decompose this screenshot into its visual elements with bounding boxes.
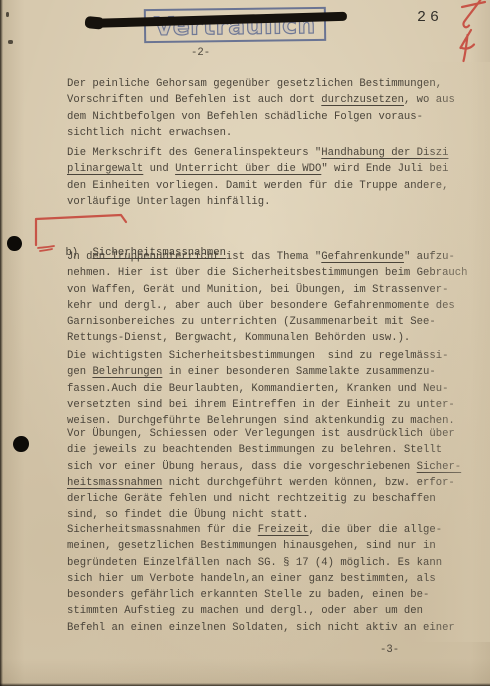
text-segment: Die wichtigsten Sicherheitsbestimmungen … xyxy=(67,350,448,362)
text-line: sich vor einer Übung heraus, dass die vo… xyxy=(67,459,490,475)
ink-speck xyxy=(6,12,9,17)
text-line: Sicherheitsmassnahmen für die Freizeit, … xyxy=(67,522,490,538)
red-pen-mark-6-cross xyxy=(462,2,485,7)
page-marker-top: -2- xyxy=(191,47,210,59)
ink-speck xyxy=(8,40,13,44)
text-line: Die wichtigsten Sicherheitsbestimmungen … xyxy=(67,348,490,364)
text-line: die jeweils zu beachtenden Bestimmungen … xyxy=(67,442,490,458)
text-segment: Garnisonbereiches zu unterrichten (Zusam… xyxy=(67,316,436,328)
text-segment: gen xyxy=(67,366,92,378)
text-line: derliche Geräte fehlen und nicht rechtze… xyxy=(67,491,490,507)
underlined-text: Unterricht über die WDO xyxy=(175,163,321,175)
text-segment: , die über die allge- xyxy=(309,524,443,536)
text-line: von Waffen, Gerät und Munition, bei Übun… xyxy=(67,282,490,298)
text-line: meinen, gesetzlichen Bestimmungen hinaus… xyxy=(67,538,490,554)
text-line: dem Nichtbefolgen von Befehlen schädlich… xyxy=(67,109,490,125)
text-line: heitsmassnahmen nicht durchgeführt werde… xyxy=(67,475,490,491)
text-line: besonders gefährlich erkannten Stelle zu… xyxy=(67,587,490,603)
text-segment: dem Nichtbefolgen von Befehlen schädlich… xyxy=(67,111,423,123)
text-segment: Befehl an einen einzelnen Soldaten, sich… xyxy=(67,622,455,634)
underlined-text: Gefahrenkunde xyxy=(321,251,404,263)
text-segment: Jn den Truppenunterricht ist das Thema " xyxy=(67,251,321,263)
text-line: versetzten sind bei ihrem Eintreffen in … xyxy=(67,397,490,413)
text-segment: kehr und dergl., aber auch über besonder… xyxy=(67,300,455,312)
paragraph: Die Merkschrift des Generalinspekteurs "… xyxy=(67,145,490,210)
text-segment: sichtlich nicht erwachsen. xyxy=(67,127,232,139)
text-segment: , wo aus xyxy=(404,94,455,106)
paper-edge-shadow-left xyxy=(0,0,3,686)
red-pen-mark-6 xyxy=(463,0,481,27)
text-line: Befehl an einen einzelnen Soldaten, sich… xyxy=(67,620,490,636)
underlined-text: Sicher- xyxy=(417,461,462,473)
text-line: Garnisonbereiches zu unterrichten (Zusam… xyxy=(67,314,490,330)
text-line: Vor Übungen, Schiessen oder Verlegungen … xyxy=(67,426,490,442)
text-line: fassen.Auch die Beurlaubten, Kommandiert… xyxy=(67,381,490,397)
text-segment: vorläufige Unterlagen hinfällig. xyxy=(67,196,270,208)
text-line: plinargewalt und Unterricht über die WDO… xyxy=(67,161,490,177)
text-segment: Die Merkschrift des Generalinspekteurs " xyxy=(67,147,321,159)
text-segment: von Waffen, Gerät und Munition, bei Übun… xyxy=(67,284,448,296)
underlined-text: heitsmassnahmen xyxy=(67,477,162,489)
text-segment: nicht durchgeführt werden können, bzw. e… xyxy=(162,477,454,489)
text-line: den Einheiten vorliegen. Damit werden fü… xyxy=(67,178,490,194)
underlined-text: Handhabung der Diszi xyxy=(321,147,448,159)
underlined-text: durchzusetzen xyxy=(321,94,404,106)
underlined-text: Belehrungen xyxy=(92,366,162,378)
page-number: 26 xyxy=(417,9,443,26)
text-segment: stimmten Aufstieg zu machen und dergl., … xyxy=(67,605,423,617)
text-line: begründeten Einzelfällen nach SG. § 17 (… xyxy=(67,555,490,571)
text-segment: Der peinliche Gehorsam gegenüber gesetzl… xyxy=(67,78,442,90)
text-segment: begründeten Einzelfällen nach SG. § 17 (… xyxy=(67,557,442,569)
text-segment: und xyxy=(143,163,175,175)
hole-punch-mark xyxy=(7,236,22,251)
text-segment: derliche Geräte fehlen und nicht rechtze… xyxy=(67,493,436,505)
text-line: sich hier um Verbote handeln,an einer ga… xyxy=(67,571,490,587)
underlined-text: Freizeit xyxy=(258,524,309,536)
paragraph: Der peinliche Gehorsam gegenüber gesetzl… xyxy=(67,76,490,141)
text-segment: sind, so findet die Übung nicht statt. xyxy=(67,509,309,521)
text-segment: besonders gefährlich erkannten Stelle zu… xyxy=(67,589,429,601)
hole-punch-mark xyxy=(13,436,29,452)
text-segment: den Einheiten vorliegen. Damit werden fü… xyxy=(67,180,448,192)
text-segment: meinen, gesetzlichen Bestimmungen hinaus… xyxy=(67,540,436,552)
text-segment: " wird Ende Juli bei xyxy=(321,163,448,175)
text-line: Rettungs-Dienst, Bergwacht, Kommunalen B… xyxy=(67,330,490,346)
text-segment: Sicherheitsmassnahmen für die xyxy=(67,524,258,536)
page-marker-bottom: -3- xyxy=(380,644,399,656)
text-line: Jn den Truppenunterricht ist das Thema "… xyxy=(67,249,490,265)
text-line: vorläufige Unterlagen hinfällig. xyxy=(67,194,490,210)
text-segment: sich vor einer Übung heraus, dass die vo… xyxy=(67,461,417,473)
paragraph: Sicherheitsmassnahmen für die Freizeit, … xyxy=(67,522,490,636)
text-segment: sich hier um Verbote handeln,an einer ga… xyxy=(67,573,436,585)
text-line: Vorschriften und Befehlen ist auch dort … xyxy=(67,92,490,108)
text-line: nehmen. Hier ist über die Sicherheitsbes… xyxy=(67,265,490,281)
text-line: sichtlich nicht erwachsen. xyxy=(67,125,490,141)
text-line: Die Merkschrift des Generalinspekteurs "… xyxy=(67,145,490,161)
text-segment: nehmen. Hier ist über die Sicherheitsbes… xyxy=(67,267,468,279)
text-segment: Vorschriften und Befehlen ist auch dort xyxy=(67,94,321,106)
underlined-text: plinargewalt xyxy=(67,163,143,175)
document-page: Vertraulich 26 -2- Der peinliche Gehorsa… xyxy=(0,0,490,686)
paragraph: Vor Übungen, Schiessen oder Verlegungen … xyxy=(67,426,490,524)
text-segment: in einer besonderen Sammelakte zusammenz… xyxy=(162,366,435,378)
text-segment: Vor Übungen, Schiessen oder Verlegungen … xyxy=(67,428,455,440)
text-line: Der peinliche Gehorsam gegenüber gesetzl… xyxy=(67,76,490,92)
text-segment: die jeweils zu beachtenden Bestimmungen … xyxy=(67,444,442,456)
text-segment: Rettungs-Dienst, Bergwacht, Kommunalen B… xyxy=(67,332,410,344)
paragraph: Die wichtigsten Sicherheitsbestimmungen … xyxy=(67,348,490,429)
text-segment: fassen.Auch die Beurlaubten, Kommandiert… xyxy=(67,383,448,395)
text-segment: versetzten sind bei ihrem Eintreffen in … xyxy=(67,399,455,411)
paragraph: Jn den Truppenunterricht ist das Thema "… xyxy=(67,249,490,347)
text-line: stimmten Aufstieg zu machen und dergl., … xyxy=(67,603,490,619)
text-segment: " aufzu- xyxy=(404,251,455,263)
text-line: gen Belehrungen in einer besonderen Samm… xyxy=(67,364,490,380)
text-line: kehr und dergl., aber auch über besonder… xyxy=(67,298,490,314)
red-pen-mark-4 xyxy=(461,30,475,61)
